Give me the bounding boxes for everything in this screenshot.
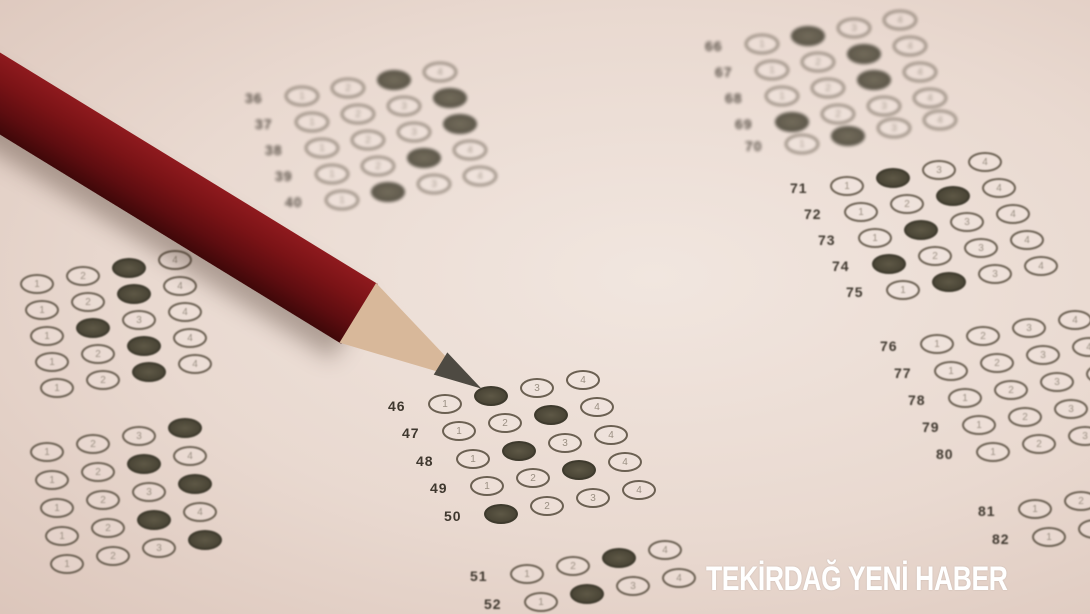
answer-bubble: 1 xyxy=(745,34,779,54)
answer-bubble: 1 xyxy=(844,202,878,222)
answer-bubble: 4 xyxy=(1058,310,1090,330)
answer-bubble: 1 xyxy=(1018,499,1052,519)
filled-answer-bubble: 2 xyxy=(904,220,938,240)
answer-bubble: 4 xyxy=(1086,364,1090,384)
answer-bubble: 4 xyxy=(1072,337,1090,357)
answer-bubble: 4 xyxy=(662,568,696,588)
answer-bubble: 2 xyxy=(801,52,835,72)
question-number: 47 xyxy=(402,425,420,441)
answer-bubble: 4 xyxy=(1024,256,1058,276)
answer-bubble: 2 xyxy=(361,156,395,176)
answer-bubble: 1 xyxy=(886,280,920,300)
answer-bubble: 3 xyxy=(1026,345,1060,365)
answer-bubble: 1 xyxy=(1032,527,1066,547)
answer-bubble: 2 xyxy=(1008,407,1042,427)
filled-answer-bubble: 2 xyxy=(876,168,910,188)
answer-bubble: 1 xyxy=(976,442,1010,462)
answer-bubble: 3 xyxy=(867,96,901,116)
answer-bubble: 2 xyxy=(811,78,845,98)
answer-bubble: 4 xyxy=(173,446,207,466)
filled-answer-bubble: 3 xyxy=(407,148,441,168)
question-number: 51 xyxy=(470,568,488,584)
question-number: 77 xyxy=(894,365,912,381)
answer-bubble: 2 xyxy=(76,434,110,454)
filled-answer-bubble: 3 xyxy=(936,186,970,206)
filled-answer-bubble: 2 xyxy=(76,318,110,338)
filled-answer-bubble: 2 xyxy=(932,272,966,292)
answer-bubble: 2 xyxy=(86,490,120,510)
filled-answer-bubble: 4 xyxy=(443,114,477,134)
answer-bubble: 4 xyxy=(566,370,600,390)
answer-bubble: 4 xyxy=(163,276,197,296)
answer-bubble: 2 xyxy=(71,292,105,312)
filled-answer-bubble: 3 xyxy=(562,460,596,480)
answer-bubble: 3 xyxy=(877,118,911,138)
answer-bubble: 2 xyxy=(341,104,375,124)
answer-bubble: 4 xyxy=(594,425,628,445)
answer-bubble: 1 xyxy=(962,415,996,435)
answer-bubble: 2 xyxy=(1078,519,1090,539)
question-number: 49 xyxy=(430,480,448,496)
question-number: 38 xyxy=(265,142,283,158)
filled-answer-bubble: 4 xyxy=(433,88,467,108)
answer-bubble: 1 xyxy=(40,378,74,398)
answer-bubble: 4 xyxy=(883,10,917,30)
question-number: 82 xyxy=(992,531,1010,547)
answer-bubble: 2 xyxy=(351,130,385,150)
answer-bubble: 1 xyxy=(35,470,69,490)
answer-bubble: 1 xyxy=(45,526,79,546)
answer-bubble: 3 xyxy=(616,576,650,596)
answer-bubble: 2 xyxy=(994,380,1028,400)
answer-bubble: 4 xyxy=(982,178,1016,198)
answer-bubble: 1 xyxy=(785,134,819,154)
filled-answer-bubble: 2 xyxy=(791,26,825,46)
answer-bubble: 2 xyxy=(91,518,125,538)
filled-answer-bubble: 3 xyxy=(117,284,151,304)
question-number: 70 xyxy=(745,138,763,154)
answer-bubble: 4 xyxy=(996,204,1030,224)
question-number: 80 xyxy=(936,446,954,462)
answer-bubble: 3 xyxy=(132,482,166,502)
answer-bubble: 1 xyxy=(315,164,349,184)
filled-answer-bubble: 1 xyxy=(872,254,906,274)
answer-bubble: 1 xyxy=(510,564,544,584)
filled-answer-bubble: 3 xyxy=(602,548,636,568)
answer-bubble: 1 xyxy=(934,361,968,381)
answer-sheet-photo: 4612344712344812344912345012347112347212… xyxy=(0,0,1090,614)
answer-bubble: 3 xyxy=(964,238,998,258)
filled-answer-bubble: 3 xyxy=(534,405,568,425)
answer-bubble: 1 xyxy=(765,86,799,106)
filled-answer-bubble: 3 xyxy=(127,336,161,356)
answer-bubble: 1 xyxy=(470,476,504,496)
answer-bubble: 1 xyxy=(948,388,982,408)
answer-bubble: 3 xyxy=(548,433,582,453)
answer-bubble: 1 xyxy=(30,442,64,462)
answer-bubble: 3 xyxy=(520,378,554,398)
question-number: 72 xyxy=(804,206,822,222)
filled-answer-bubble: 4 xyxy=(168,418,202,438)
filled-answer-bubble: 2 xyxy=(831,126,865,146)
answer-bubble: 4 xyxy=(1010,230,1044,250)
answer-bubble: 1 xyxy=(30,326,64,346)
answer-bubble: 2 xyxy=(488,413,522,433)
answer-bubble: 3 xyxy=(387,96,421,116)
answer-bubble: 2 xyxy=(331,78,365,98)
answer-bubble: 3 xyxy=(576,488,610,508)
answer-bubble: 1 xyxy=(524,592,558,612)
question-number: 46 xyxy=(388,398,406,414)
question-number: 69 xyxy=(735,116,753,132)
filled-answer-bubble: 3 xyxy=(137,510,171,530)
answer-bubble: 3 xyxy=(397,122,431,142)
answer-bubble: 1 xyxy=(305,138,339,158)
question-number: 68 xyxy=(725,90,743,106)
answer-bubble: 1 xyxy=(40,498,74,518)
answer-bubble: 3 xyxy=(1012,318,1046,338)
question-number: 67 xyxy=(715,64,733,80)
answer-bubble: 1 xyxy=(755,60,789,80)
answer-bubble: 4 xyxy=(648,540,682,560)
answer-bubble: 2 xyxy=(530,496,564,516)
answer-bubble: 4 xyxy=(968,152,1002,172)
answer-bubble: 3 xyxy=(950,212,984,232)
answer-bubble: 3 xyxy=(122,426,156,446)
question-number: 78 xyxy=(908,392,926,408)
answer-bubble: 1 xyxy=(325,190,359,210)
answer-bubble: 1 xyxy=(858,228,892,248)
question-number: 39 xyxy=(275,168,293,184)
answer-bubble: 3 xyxy=(922,160,956,180)
answer-bubble: 4 xyxy=(173,328,207,348)
answer-bubble: 1 xyxy=(920,334,954,354)
answer-bubble: 4 xyxy=(463,166,497,186)
answer-bubble: 1 xyxy=(830,176,864,196)
pencil xyxy=(0,28,506,422)
answer-bubble: 2 xyxy=(890,194,924,214)
answer-bubble: 1 xyxy=(456,449,490,469)
filled-answer-bubble: 2 xyxy=(570,584,604,604)
filled-answer-bubble: 3 xyxy=(377,70,411,90)
question-number: 40 xyxy=(285,194,303,210)
filled-answer-bubble: 3 xyxy=(132,362,166,382)
question-number: 74 xyxy=(832,258,850,274)
answer-bubble: 2 xyxy=(821,104,855,124)
filled-answer-bubble: 3 xyxy=(112,258,146,278)
filled-answer-bubble: 4 xyxy=(178,474,212,494)
question-number: 36 xyxy=(245,90,263,106)
answer-bubble: 2 xyxy=(81,344,115,364)
answer-bubble: 3 xyxy=(978,264,1012,284)
question-number: 75 xyxy=(846,284,864,300)
filled-answer-bubble: 4 xyxy=(188,530,222,550)
question-number: 79 xyxy=(922,419,940,435)
question-number: 81 xyxy=(978,503,996,519)
question-number: 50 xyxy=(444,508,462,524)
answer-bubble: 2 xyxy=(66,266,100,286)
answer-bubble: 3 xyxy=(142,538,176,558)
filled-answer-bubble: 2 xyxy=(502,441,536,461)
question-number: 71 xyxy=(790,180,808,196)
answer-bubble: 4 xyxy=(168,302,202,322)
question-number: 66 xyxy=(705,38,723,54)
question-number: 76 xyxy=(880,338,898,354)
answer-bubble: 4 xyxy=(453,140,487,160)
question-number: 37 xyxy=(255,116,273,132)
question-number: 52 xyxy=(484,596,502,612)
answer-bubble: 4 xyxy=(903,62,937,82)
answer-bubble: 1 xyxy=(295,112,329,132)
answer-bubble: 3 xyxy=(1054,399,1088,419)
answer-bubble: 1 xyxy=(35,352,69,372)
answer-bubble: 3 xyxy=(1040,372,1074,392)
answer-bubble: 2 xyxy=(81,462,115,482)
filled-answer-bubble: 3 xyxy=(857,70,891,90)
pencil-body xyxy=(0,28,378,344)
answer-bubble: 1 xyxy=(285,86,319,106)
answer-bubble: 4 xyxy=(580,397,614,417)
question-number: 48 xyxy=(416,453,434,469)
answer-bubble: 4 xyxy=(893,36,927,56)
answer-bubble: 4 xyxy=(423,62,457,82)
answer-bubble: 2 xyxy=(86,370,120,390)
answer-bubble: 1 xyxy=(50,554,84,574)
answer-bubble: 2 xyxy=(96,546,130,566)
answer-bubble: 1 xyxy=(442,421,476,441)
answer-bubble: 2 xyxy=(966,326,1000,346)
answer-bubble: 4 xyxy=(158,250,192,270)
answer-bubble: 2 xyxy=(1064,491,1090,511)
filled-answer-bubble: 3 xyxy=(127,454,161,474)
answer-bubble: 4 xyxy=(178,354,212,374)
answer-bubble: 4 xyxy=(622,480,656,500)
answer-bubble: 4 xyxy=(608,452,642,472)
answer-bubble: 3 xyxy=(1068,426,1090,446)
answer-bubble: 1 xyxy=(25,300,59,320)
answer-bubble: 4 xyxy=(913,88,947,108)
filled-answer-bubble: 1 xyxy=(775,112,809,132)
answer-bubble: 2 xyxy=(980,353,1014,373)
answer-bubble: 4 xyxy=(923,110,957,130)
filled-answer-bubble: 1 xyxy=(484,504,518,524)
watermark-text: TEKİRDAĞ YENİ HABER xyxy=(706,560,1008,599)
answer-bubble: 3 xyxy=(417,174,451,194)
answer-bubble: 2 xyxy=(516,468,550,488)
answer-bubble: 3 xyxy=(837,18,871,38)
filled-answer-bubble: 2 xyxy=(371,182,405,202)
answer-bubble: 2 xyxy=(918,246,952,266)
question-number: 73 xyxy=(818,232,836,248)
answer-bubble: 3 xyxy=(122,310,156,330)
filled-answer-bubble: 3 xyxy=(847,44,881,64)
answer-bubble: 2 xyxy=(556,556,590,576)
answer-bubble: 2 xyxy=(1022,434,1056,454)
answer-bubble: 1 xyxy=(20,274,54,294)
answer-bubble: 4 xyxy=(183,502,217,522)
